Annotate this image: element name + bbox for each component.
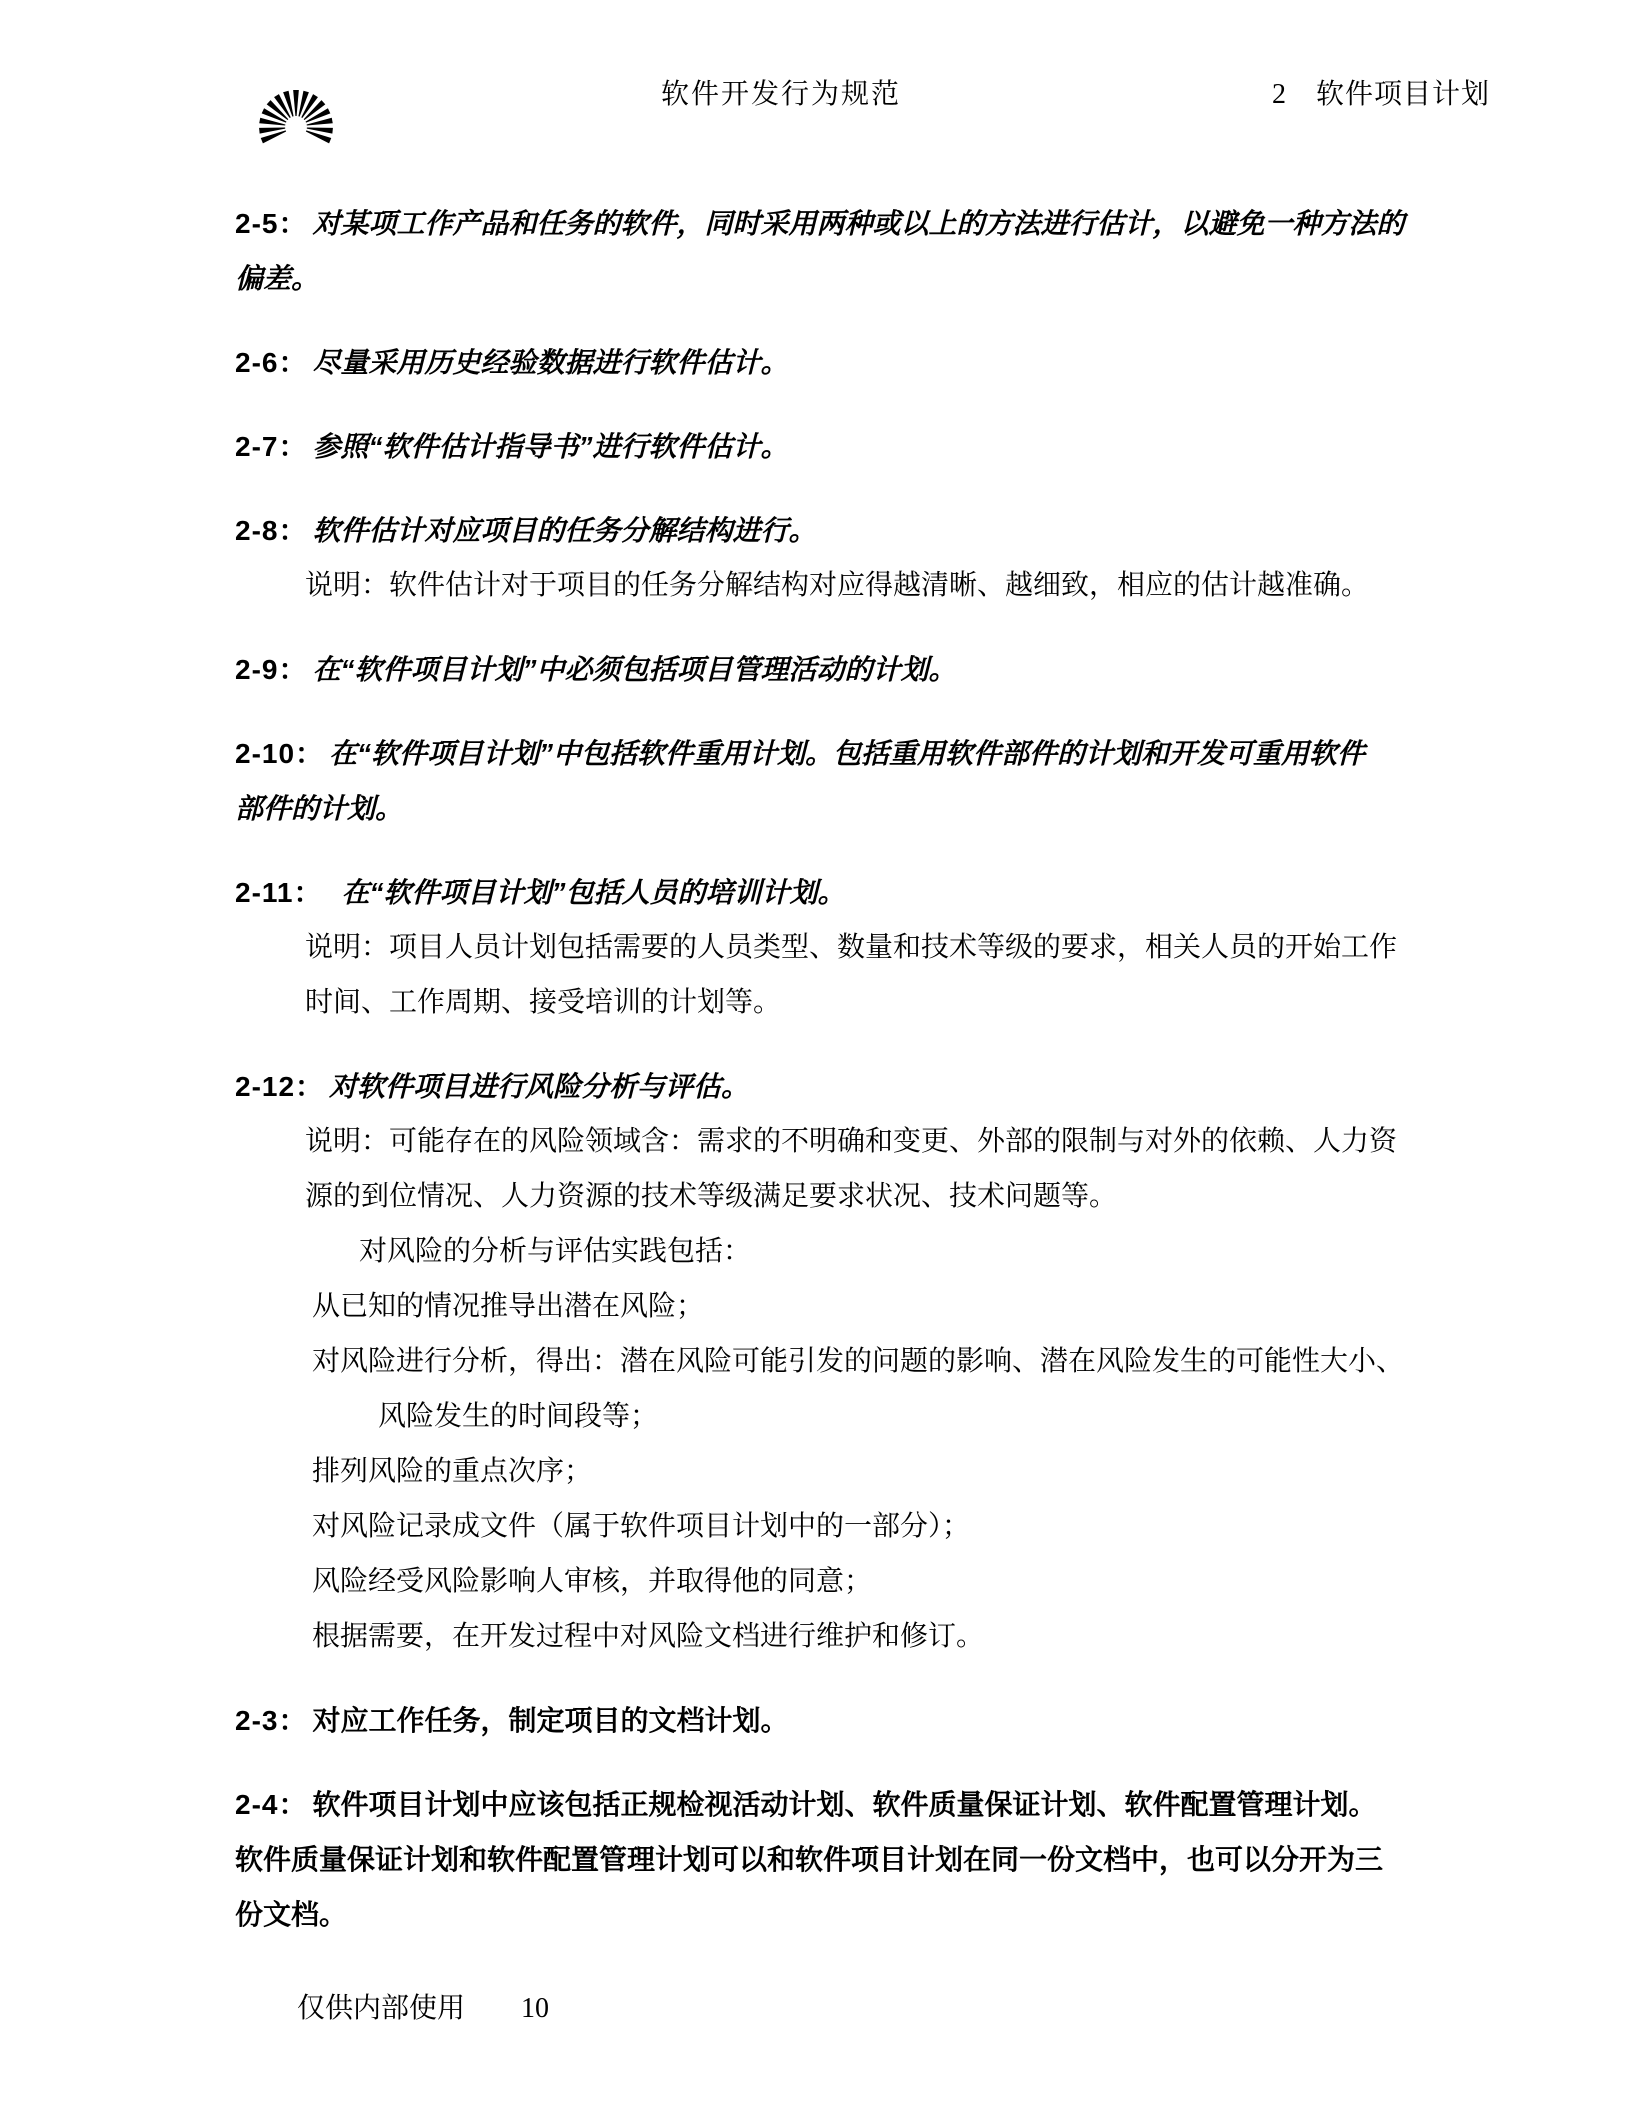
rule-item-2-4: 2-4：软件项目计划中应该包括正规检视活动计划、软件质量保证计划、软件配置管理计…	[235, 1777, 1415, 1942]
rule-heading-line: 2-6：尽量采用历史经验数据进行软件估计。	[235, 335, 1415, 390]
page-footer: 仅供内部使用10	[297, 1988, 549, 2030]
practice-line: 风险发生的时间段等；	[378, 1389, 1415, 1444]
document-page: 软件开发行为规范 2 软件项目计划 2-5：对某项工作产品和任务的软件，同时采用…	[0, 0, 1632, 2112]
rule-item-2-7: 2-7：参照“软件估计指导书”进行软件估计。	[235, 419, 1415, 474]
practice-line: 风险经受风险影响人审核，并取得他的同意；	[312, 1554, 1415, 1609]
risk-practices-list: 对风险的分析与评估实践包括： 从已知的情况推导出潜在风险； 对风险进行分析，得出…	[235, 1224, 1415, 1664]
practice-line: 从已知的情况推导出潜在风险；	[312, 1279, 1415, 1334]
rule-text: 在“软件项目计划”包括人员的培训计划。	[314, 877, 846, 908]
rule-item-2-5: 2-5：对某项工作产品和任务的软件，同时采用两种或以上的方法进行估计，以避免一种…	[235, 196, 1415, 306]
rule-item-2-11: 2-11： 在“软件项目计划”包括人员的培训计划。 说明：项目人员计划包括需要的…	[235, 865, 1415, 1030]
rule-heading-line: 2-5：对某项工作产品和任务的软件，同时采用两种或以上的方法进行估计，以避免一种…	[235, 196, 1415, 251]
footer-page-number: 10	[521, 1993, 549, 2024]
rule-item-2-10: 2-10：在“软件项目计划”中包括软件重用计划。包括重用软件部件的计划和开发可重…	[235, 726, 1415, 836]
rule-text: 在“软件项目计划”中必须包括项目管理活动的计划。	[312, 654, 956, 685]
rule-item-2-3: 2-3：对应工作任务，制定项目的文档计划。	[235, 1693, 1415, 1748]
note-line: 源的到位情况、人力资源的技术等级满足要求状况、技术问题等。	[305, 1169, 1415, 1224]
rule-heading-line: 2-7：参照“软件估计指导书”进行软件估计。	[235, 419, 1415, 474]
rule-number: 2-7：	[235, 431, 307, 462]
rule-item-2-9: 2-9：在“软件项目计划”中必须包括项目管理活动的计划。	[235, 642, 1415, 697]
note-line: 说明：可能存在的风险领域含：需求的不明确和变更、外部的限制与对外的依赖、人力资	[305, 1114, 1415, 1169]
note-line: 说明：软件估计对于项目的任务分解结构对应得越清晰、越细致，相应的估计越准确。	[305, 558, 1415, 613]
rule-heading-line: 2-9：在“软件项目计划”中必须包括项目管理活动的计划。	[235, 642, 1415, 697]
footer-notice: 仅供内部使用	[297, 1993, 465, 2024]
rule-note: 说明：软件估计对于项目的任务分解结构对应得越清晰、越细致，相应的估计越准确。	[305, 558, 1415, 613]
rule-number: 2-8：	[235, 515, 307, 546]
rule-item-2-12: 2-12：对软件项目进行风险分析与评估。 说明：可能存在的风险领域含：需求的不明…	[235, 1059, 1415, 1664]
rule-text: 参照“软件估计指导书”进行软件估计。	[312, 431, 788, 462]
rule-note: 说明：可能存在的风险领域含：需求的不明确和变更、外部的限制与对外的依赖、人力资 …	[305, 1114, 1415, 1224]
rule-number: 2-4：	[235, 1789, 307, 1820]
rule-number: 2-12：	[235, 1071, 324, 1102]
rule-number: 2-9：	[235, 654, 307, 685]
rule-heading-line: 偏差。	[235, 251, 1415, 306]
rule-text: 对软件项目进行风险分析与评估。	[329, 1071, 749, 1102]
rule-heading-line: 2-12：对软件项目进行风险分析与评估。	[235, 1059, 1415, 1114]
rule-number: 2-6：	[235, 347, 307, 378]
rule-text: 对某项工作产品和任务的软件，同时采用两种或以上的方法进行估计，以避免一种方法的	[312, 208, 1404, 239]
rule-heading-line: 2-3：对应工作任务，制定项目的文档计划。	[235, 1693, 1415, 1748]
rule-item-2-6: 2-6：尽量采用历史经验数据进行软件估计。	[235, 335, 1415, 390]
practice-line: 根据需要，在开发过程中对风险文档进行维护和修订。	[312, 1609, 1415, 1664]
rule-heading-line: 2-10：在“软件项目计划”中包括软件重用计划。包括重用软件部件的计划和开发可重…	[235, 726, 1415, 781]
rule-item-2-8: 2-8：软件估计对应项目的任务分解结构进行。 说明：软件估计对于项目的任务分解结…	[235, 503, 1415, 613]
rule-text: 对应工作任务，制定项目的文档计划。	[312, 1705, 788, 1736]
note-line: 说明：项目人员计划包括需要的人员类型、数量和技术等级的要求，相关人员的开始工作	[305, 920, 1415, 975]
practice-line: 对风险的分析与评估实践包括：	[359, 1224, 1415, 1279]
rule-number: 2-5：	[235, 208, 307, 239]
header-chapter-title: 2 软件项目计划	[1272, 72, 1490, 112]
rule-heading-line: 部件的计划。	[235, 781, 1415, 836]
rule-text: 软件估计对应项目的任务分解结构进行。	[312, 515, 816, 546]
rule-heading-line: 2-8：软件估计对应项目的任务分解结构进行。	[235, 503, 1415, 558]
rule-text: 在“软件项目计划”中包括软件重用计划。包括重用软件部件的计划和开发可重用软件	[329, 738, 1365, 769]
practice-line: 排列风险的重点次序；	[312, 1444, 1415, 1499]
rule-heading-line: 软件质量保证计划和软件配置管理计划可以和软件项目计划在同一份文档中，也可以分开为…	[235, 1832, 1415, 1887]
rule-heading-line: 份文档。	[235, 1887, 1415, 1942]
practice-line: 对风险记录成文件（属于软件项目计划中的一部分）；	[312, 1499, 1415, 1554]
rule-number: 2-11：	[235, 877, 309, 908]
rule-text: 尽量采用历史经验数据进行软件估计。	[312, 347, 788, 378]
note-line: 时间、工作周期、接受培训的计划等。	[305, 975, 1415, 1030]
rule-number: 2-10：	[235, 738, 324, 769]
rule-heading-line: 2-11： 在“软件项目计划”包括人员的培训计划。	[235, 865, 1415, 920]
rule-text: 软件项目计划中应该包括正规检视活动计划、软件质量保证计划、软件配置管理计划。	[312, 1789, 1376, 1820]
rule-number: 2-3：	[235, 1705, 307, 1736]
rule-heading-line: 2-4：软件项目计划中应该包括正规检视活动计划、软件质量保证计划、软件配置管理计…	[235, 1777, 1415, 1832]
practice-line: 对风险进行分析，得出：潜在风险可能引发的问题的影响、潜在风险发生的可能性大小、	[312, 1334, 1415, 1389]
document-body: 2-5：对某项工作产品和任务的软件，同时采用两种或以上的方法进行估计，以避免一种…	[235, 196, 1415, 1942]
rule-note: 说明：项目人员计划包括需要的人员类型、数量和技术等级的要求，相关人员的开始工作 …	[305, 920, 1415, 1030]
